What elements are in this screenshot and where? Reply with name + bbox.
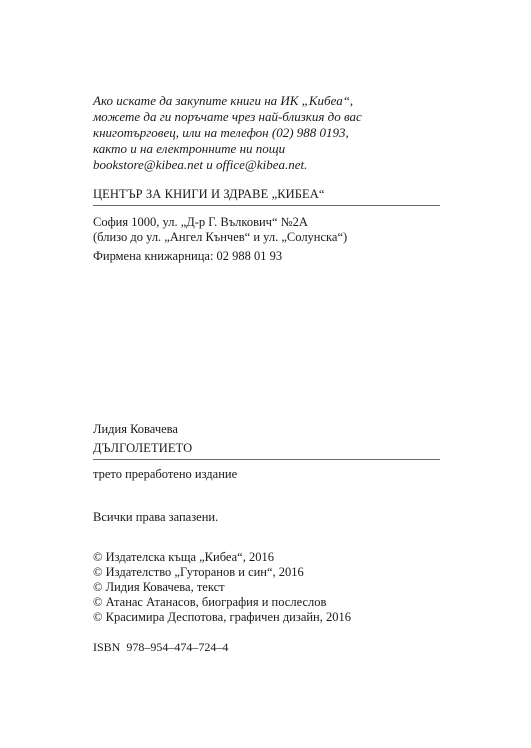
intro-line: можете да ги поръчате чрез най-близкия д… — [93, 109, 362, 125]
intro-emails: bookstore@kibea.net и office@kibea.net. — [93, 157, 362, 173]
intro-line: както и на електронните ни пощи — [93, 141, 362, 157]
address-line: София 1000, ул. „Д-р Г. Вълкович“ №2А — [93, 215, 347, 230]
ordering-info: Ако искате да закупите книги на ИК „Кибе… — [93, 93, 362, 173]
copyright-list: © Издателска къща „Кибеа“, 2016 © Издате… — [93, 550, 351, 625]
address-line: (близо до ул. „Ангел Кънчев“ и ул. „Солу… — [93, 230, 347, 245]
copyright-item: © Красимира Деспотова, графичен дизайн, … — [93, 610, 351, 625]
copyright-item: © Атанас Атанасов, биография и послеслов — [93, 595, 351, 610]
copyright-item: © Лидия Ковачева, текст — [93, 580, 351, 595]
divider-bottom — [93, 459, 440, 460]
bookstore-phone: Фирмена книжарница: 02 988 01 93 — [93, 249, 347, 264]
isbn: ISBN 978–954–474–724–4 — [93, 640, 228, 655]
center-address: София 1000, ул. „Д-р Г. Вълкович“ №2А (б… — [93, 215, 347, 264]
center-title: ЦЕНТЪР ЗА КНИГИ И ЗДРАВЕ „КИБЕА“ — [93, 186, 325, 202]
intro-line: Ако искате да закупите книги на ИК „Кибе… — [93, 93, 362, 109]
rights-reserved: Всички права запазени. — [93, 510, 218, 525]
book-title: ДЪЛГОЛЕТИЕТО — [93, 441, 192, 456]
book-author: Лидия Ковачева — [93, 422, 178, 437]
copyright-item: © Издателска къща „Кибеа“, 2016 — [93, 550, 351, 565]
book-edition: трето преработено издание — [93, 467, 237, 482]
copyright-item: © Издателство „Гуторанов и син“, 2016 — [93, 565, 351, 580]
divider-top — [93, 205, 440, 206]
intro-line: книготърговец, или на телефон (02) 988 0… — [93, 125, 362, 141]
